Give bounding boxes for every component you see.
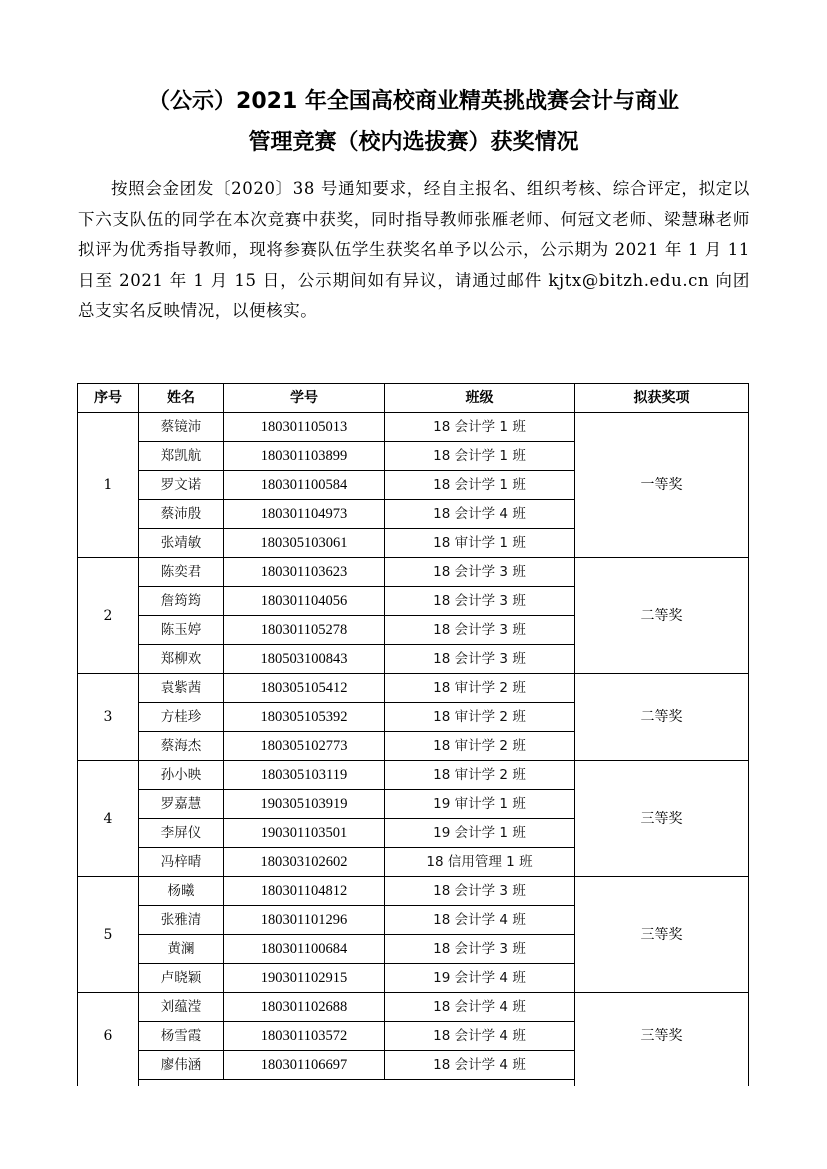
student-name: 杨曦 [139, 877, 224, 906]
student-id: 180301103623 [224, 558, 385, 587]
student-name: 郑柳欢 [139, 645, 224, 674]
document-title-line-1: （公示）2021 年全国高校商业精英挑战赛会计与商业 [0, 87, 827, 117]
student-name: 孙小映 [139, 761, 224, 790]
award-level: 一等奖 [575, 413, 749, 558]
student-class: 19 会计学 4 班 [385, 964, 575, 993]
table-cell-continuation [385, 1080, 575, 1087]
table-row: 4孙小映18030510311918 审计学 2 班三等奖 [78, 761, 749, 790]
student-name: 罗嘉慧 [139, 790, 224, 819]
document-title-line-2: 管理竞赛（校内选拔赛）获奖情况 [0, 128, 827, 158]
award-level: 二等奖 [575, 558, 749, 674]
group-number: 5 [78, 877, 139, 993]
student-name: 郑凯航 [139, 442, 224, 471]
student-id: 180303102602 [224, 848, 385, 877]
header-class: 班级 [385, 384, 575, 413]
student-class: 18 审计学 2 班 [385, 732, 575, 761]
student-class: 18 会计学 4 班 [385, 906, 575, 935]
student-name: 冯梓晴 [139, 848, 224, 877]
student-name: 方桂珍 [139, 703, 224, 732]
student-id: 180301105013 [224, 413, 385, 442]
student-id: 180305105412 [224, 674, 385, 703]
student-id: 180301105278 [224, 616, 385, 645]
student-class: 18 会计学 1 班 [385, 442, 575, 471]
table-row: 6刘蕴滢18030110268818 会计学 4 班三等奖 [78, 993, 749, 1022]
student-class: 18 审计学 1 班 [385, 529, 575, 558]
student-class: 18 会计学 3 班 [385, 877, 575, 906]
student-id: 190301103501 [224, 819, 385, 848]
header-serial-no: 序号 [78, 384, 139, 413]
student-id: 180301103572 [224, 1022, 385, 1051]
header-student-id: 学号 [224, 384, 385, 413]
table-row: 5杨曦18030110481218 会计学 3 班三等奖 [78, 877, 749, 906]
student-class: 18 会计学 3 班 [385, 645, 575, 674]
student-name: 张靖敏 [139, 529, 224, 558]
student-name: 李屏仪 [139, 819, 224, 848]
student-class: 19 会计学 1 班 [385, 819, 575, 848]
student-name: 罗文诺 [139, 471, 224, 500]
student-name: 袁紫茜 [139, 674, 224, 703]
table-row: 2陈奕君18030110362318 会计学 3 班二等奖 [78, 558, 749, 587]
student-class: 19 审计学 1 班 [385, 790, 575, 819]
student-class: 18 信用管理 1 班 [385, 848, 575, 877]
header-name: 姓名 [139, 384, 224, 413]
student-id: 180301101296 [224, 906, 385, 935]
student-id: 180301106697 [224, 1051, 385, 1080]
table-cell-continuation [575, 1080, 749, 1087]
student-id: 180305103119 [224, 761, 385, 790]
student-id: 180305102773 [224, 732, 385, 761]
student-id: 180301102688 [224, 993, 385, 1022]
student-name: 刘蕴滢 [139, 993, 224, 1022]
student-name: 詹筠筠 [139, 587, 224, 616]
student-name: 张雅清 [139, 906, 224, 935]
group-number: 4 [78, 761, 139, 877]
student-class: 18 审计学 2 班 [385, 761, 575, 790]
group-number: 1 [78, 413, 139, 558]
student-class: 18 会计学 3 班 [385, 616, 575, 645]
student-name: 蔡海杰 [139, 732, 224, 761]
student-id: 180503100843 [224, 645, 385, 674]
student-name: 蔡镜沛 [139, 413, 224, 442]
student-class: 18 会计学 1 班 [385, 413, 575, 442]
student-name: 蔡沛殷 [139, 500, 224, 529]
table-cell-continuation [139, 1080, 224, 1087]
student-class: 18 会计学 1 班 [385, 471, 575, 500]
table-row: 3袁紫茜18030510541218 审计学 2 班二等奖 [78, 674, 749, 703]
student-id: 180301104973 [224, 500, 385, 529]
student-name: 卢晓颖 [139, 964, 224, 993]
student-class: 18 会计学 4 班 [385, 1051, 575, 1080]
student-name: 杨雪霞 [139, 1022, 224, 1051]
announcement-paragraph: 按照会金团发〔2020〕38 号通知要求，经自主报名、组织考核、综合评定，拟定以… [78, 174, 750, 327]
award-level: 三等奖 [575, 877, 749, 993]
group-number: 6 [78, 993, 139, 1080]
student-id: 180301104812 [224, 877, 385, 906]
award-level: 三等奖 [575, 993, 749, 1080]
award-level: 二等奖 [575, 674, 749, 761]
table-row: 1蔡镜沛18030110501318 会计学 1 班一等奖 [78, 413, 749, 442]
student-id: 180301100584 [224, 471, 385, 500]
student-id: 190301102915 [224, 964, 385, 993]
student-id: 180301100684 [224, 935, 385, 964]
student-name: 陈奕君 [139, 558, 224, 587]
student-class: 18 审计学 2 班 [385, 674, 575, 703]
student-id: 180305105392 [224, 703, 385, 732]
awards-table: 序号 姓名 学号 班级 拟获奖项 1蔡镜沛18030110501318 会计学 … [77, 383, 749, 1086]
student-name: 陈玉婷 [139, 616, 224, 645]
table-header-row: 序号 姓名 学号 班级 拟获奖项 [78, 384, 749, 413]
student-name: 廖伟涵 [139, 1051, 224, 1080]
group-number: 3 [78, 674, 139, 761]
table-body: 1蔡镜沛18030110501318 会计学 1 班一等奖郑凯航18030110… [78, 413, 749, 1087]
student-id: 180301103899 [224, 442, 385, 471]
table-cell-continuation [224, 1080, 385, 1087]
table-row-continuation [78, 1080, 749, 1087]
student-id: 180305103061 [224, 529, 385, 558]
student-name: 黄澜 [139, 935, 224, 964]
table-cell-continuation [78, 1080, 139, 1087]
student-class: 18 会计学 4 班 [385, 500, 575, 529]
header-award: 拟获奖项 [575, 384, 749, 413]
student-class: 18 会计学 3 班 [385, 935, 575, 964]
group-number: 2 [78, 558, 139, 674]
student-class: 18 会计学 3 班 [385, 558, 575, 587]
student-class: 18 审计学 2 班 [385, 703, 575, 732]
student-class: 18 会计学 3 班 [385, 587, 575, 616]
student-id: 180301104056 [224, 587, 385, 616]
student-class: 18 会计学 4 班 [385, 993, 575, 1022]
student-id: 190305103919 [224, 790, 385, 819]
student-class: 18 会计学 4 班 [385, 1022, 575, 1051]
award-level: 三等奖 [575, 761, 749, 877]
